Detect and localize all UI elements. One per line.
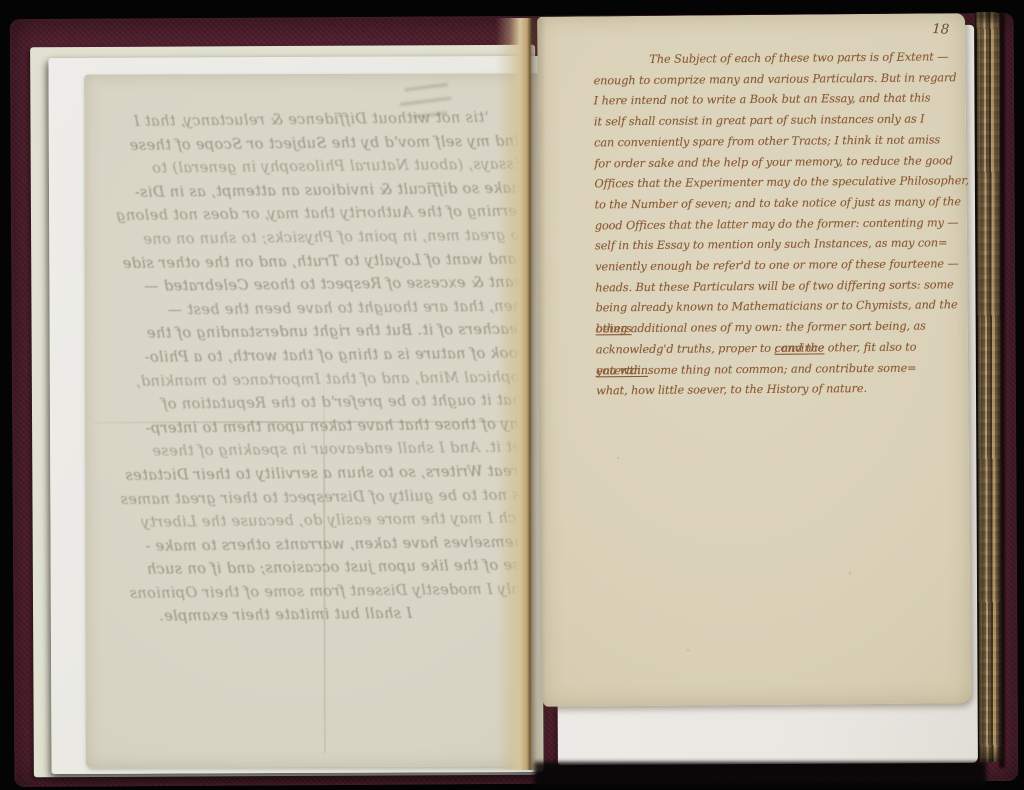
text-line: entertain you wth. some thing not common…	[596, 358, 962, 382]
text-line: men, that are thought to have been the b…	[94, 294, 527, 323]
text-line: ret it. And I shall endeavour in speakin…	[95, 436, 528, 465]
gutter-shadow	[496, 18, 546, 770]
page-number: 18	[932, 21, 950, 38]
text-line: what, how little soever, to the History …	[596, 378, 962, 402]
text-line: Essays, (about Natural Philosophy in gen…	[92, 153, 525, 182]
right-page-text: The Subject of each of these two parts i…	[593, 47, 962, 402]
text-line: wch I may the more easily do, because th…	[96, 507, 529, 536]
text-line: The Subject of each of these two parts i…	[593, 47, 959, 71]
bottom-shadow	[534, 762, 986, 788]
manuscript-photo: 'tis not without Diffidence & reluctancy…	[0, 0, 1024, 790]
right-page: 18 The Subject of each of these two part…	[537, 13, 971, 707]
text-line: that it ought to be prefer'd to the Repu…	[95, 389, 528, 418]
text-line: others being additional ones of my own: …	[596, 316, 962, 340]
text-line: I shall but imitate their example.	[97, 601, 530, 630]
text-line: to great men, in point of Physicks; to s…	[93, 224, 526, 253]
text-line: acknowledg'd truths, proper to convince;…	[596, 337, 962, 361]
text-line: it self shall consist in great part of s…	[594, 109, 960, 133]
left-page-bleedthrough-text: 'tis not without Diffidence & reluctancy…	[91, 106, 531, 760]
text-line: veniently enough be refer'd to one or mo…	[595, 254, 961, 278]
left-page: 'tis not without Diffidence & reluctancy…	[84, 73, 543, 767]
text-line: only I modestly Dissent from some of the…	[97, 577, 530, 606]
faint-ink-smudge	[393, 74, 461, 133]
text-line: can conveniently spare from other Tracts…	[594, 130, 960, 154]
cover-edge-shadow	[999, 12, 1005, 768]
text-line: to the Number of seven; and to take noti…	[595, 192, 961, 216]
